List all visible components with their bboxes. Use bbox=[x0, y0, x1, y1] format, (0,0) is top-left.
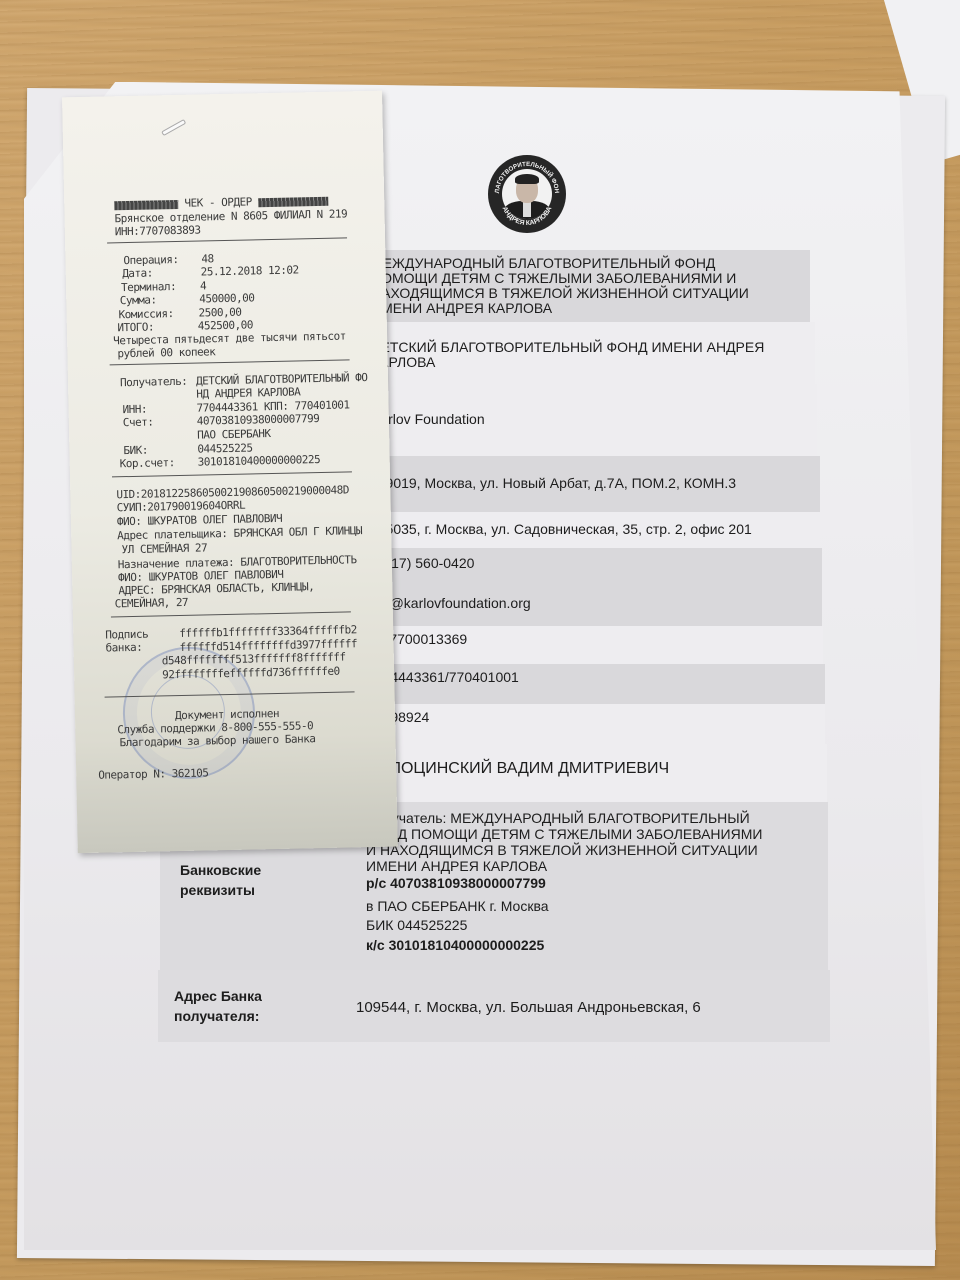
receipt-field-value: 2500,00 bbox=[198, 305, 241, 319]
signature-label-1: Подпись bbox=[105, 628, 148, 642]
receipt-divider bbox=[112, 471, 352, 477]
staple bbox=[161, 119, 186, 136]
bank-account: р/с 40703810938000007799 bbox=[366, 876, 546, 891]
logo-ring-text: БЛАГОТВОРИТЕЛЬНЫЙ ФОНД АНДРЕЯ КАРЛОВА bbox=[488, 155, 566, 233]
thanks-message: Благодарим за выбор нашего Банка bbox=[119, 732, 315, 749]
bank-address-label: Адрес Банкаполучателя: bbox=[174, 986, 262, 1026]
bank-name: ПАО СБЕРБАНК bbox=[197, 427, 271, 442]
table-row: Karlov Foundation bbox=[365, 384, 817, 456]
address-2-1: АДРЕС: БРЯНСКАЯ ОБЛАСТЬ, КЛИНЦЫ, bbox=[118, 580, 314, 597]
svg-text:АНДРЕЯ КАРЛОВА: АНДРЕЯ КАРЛОВА bbox=[501, 206, 554, 227]
table-row: 19298924 bbox=[365, 704, 825, 744]
receipt-field-value: 452500,00 bbox=[198, 318, 253, 332]
receipt-field-value: 450000,00 bbox=[199, 292, 254, 306]
bik-label: БИК: bbox=[123, 444, 148, 458]
receipt-divider bbox=[111, 611, 351, 617]
payment-receipt: ЧЕК - ОРДЕР Брянское отделение N 8605 ФИ… bbox=[62, 91, 398, 854]
bank-bik: БИК 044525225 bbox=[366, 918, 467, 933]
payer-address-2: УЛ СЕМЕЙНАЯ 27 bbox=[121, 541, 207, 556]
bank-address-row: Адрес Банкаполучателя: 109544, г. Москва… bbox=[158, 970, 830, 1042]
receipt-field-label: Дата: bbox=[122, 267, 153, 281]
receipt-field-label: Сумма: bbox=[120, 294, 157, 308]
receipt-bank-inn: ИНН:7707083893 bbox=[115, 223, 201, 238]
receipt-field-label: Операция: bbox=[123, 253, 178, 267]
signature-line: 92ffffffffeffffffd736ffffffe0 bbox=[162, 664, 340, 681]
receipt-field-label: Комиссия: bbox=[118, 307, 173, 321]
table-cell-value: 115035, г. Москва, ул. Садовническая, 35… bbox=[371, 522, 752, 537]
table-cell-value: МЕЖДУНАРОДНЫЙ БЛАГОТВОРИТЕЛЬНЫЙ ФОНД ПОМ… bbox=[371, 256, 749, 316]
table-row: СОЛОЦИНСКИЙ ВАДИМ ДМИТРИЕВИЧ bbox=[365, 744, 827, 802]
bank-corr-account: к/с 30101810400000000225 bbox=[366, 938, 544, 953]
corr-label: Кор.счет: bbox=[120, 456, 175, 470]
bank-name: в ПАО СБЕРБАНК г. Москва bbox=[366, 899, 549, 914]
foundation-logo: БЛАГОТВОРИТЕЛЬНЫЙ ФОНД АНДРЕЯ КАРЛОВА bbox=[488, 155, 566, 233]
recipient-value-2: НД АНДРЕЯ КАРЛОВА bbox=[196, 385, 300, 400]
bik-value: 044525225 bbox=[197, 441, 252, 455]
svg-text:БЛАГОТВОРИТЕЛЬНЫЙ ФОНД: БЛАГОТВОРИТЕЛЬНЫЙ ФОНД bbox=[488, 155, 560, 194]
table-row: 119019, Москва, ул. Новый Арбат, д.7А, П… bbox=[365, 456, 820, 512]
bank-address-value: 109544, г. Москва, ул. Большая Андроньев… bbox=[356, 1000, 701, 1015]
corr-value: 30101810400000000225 bbox=[198, 453, 321, 469]
table-row: 1177700013369 bbox=[365, 626, 823, 664]
table-row: 115035, г. Москва, ул. Садовническая, 35… bbox=[365, 512, 820, 548]
receipt-divider bbox=[107, 237, 347, 243]
address-2-2: СЕМЕЙНАЯ, 27 bbox=[115, 596, 189, 611]
amount-in-words-2: рублей 00 копеек bbox=[117, 345, 215, 360]
receipt-field-value: 4 bbox=[200, 279, 206, 292]
suip: СУИП:201790019604ОRRL bbox=[117, 499, 246, 515]
table-cell-value: 119019, Москва, ул. Новый Арбат, д.7А, П… bbox=[371, 476, 736, 491]
bank-details-label: Банковскиереквизиты bbox=[180, 860, 261, 900]
recipient-label: Получатель: bbox=[120, 375, 188, 389]
table-row: 8 (917) 560-0420 bbox=[365, 548, 822, 586]
receipt-field-label: Терминал: bbox=[121, 280, 176, 294]
bank-recipient: Получатель: МЕЖДУНАРОДНЫЙ БЛАГОТВОРИТЕЛЬ… bbox=[366, 810, 762, 874]
account-label: Счет: bbox=[123, 416, 154, 430]
operator-number: Оператор N: 362105 bbox=[98, 766, 208, 781]
account-value: 40703810938000007799 bbox=[197, 412, 320, 428]
receipt-field-label: ИТОГО: bbox=[117, 320, 154, 334]
receipt-field-value: 25.12.2018 12:02 bbox=[201, 264, 299, 279]
signature-label-2: банка: bbox=[105, 641, 142, 655]
table-row: ДЕТСКИЙ БЛАГОТВОРИТЕЛЬНЫЙ ФОНД ИМЕНИ АНД… bbox=[365, 322, 815, 384]
table-row: info@karlovfoundation.org bbox=[365, 586, 822, 626]
table-row: МЕЖДУНАРОДНЫЙ БЛАГОТВОРИТЕЛЬНЫЙ ФОНД ПОМ… bbox=[365, 250, 810, 322]
receipt-divider bbox=[110, 359, 350, 365]
table-cell-value: ДЕТСКИЙ БЛАГОТВОРИТЕЛЬНЫЙ ФОНД ИМЕНИ АНД… bbox=[371, 340, 764, 370]
inn-label: ИНН: bbox=[122, 403, 147, 417]
table-cell-value: СОЛОЦИНСКИЙ ВАДИМ ДМИТРИЕВИЧ bbox=[367, 760, 669, 778]
table-row: 7704443361/770401001 bbox=[365, 664, 825, 704]
receipt-field-value: 48 bbox=[201, 252, 214, 265]
